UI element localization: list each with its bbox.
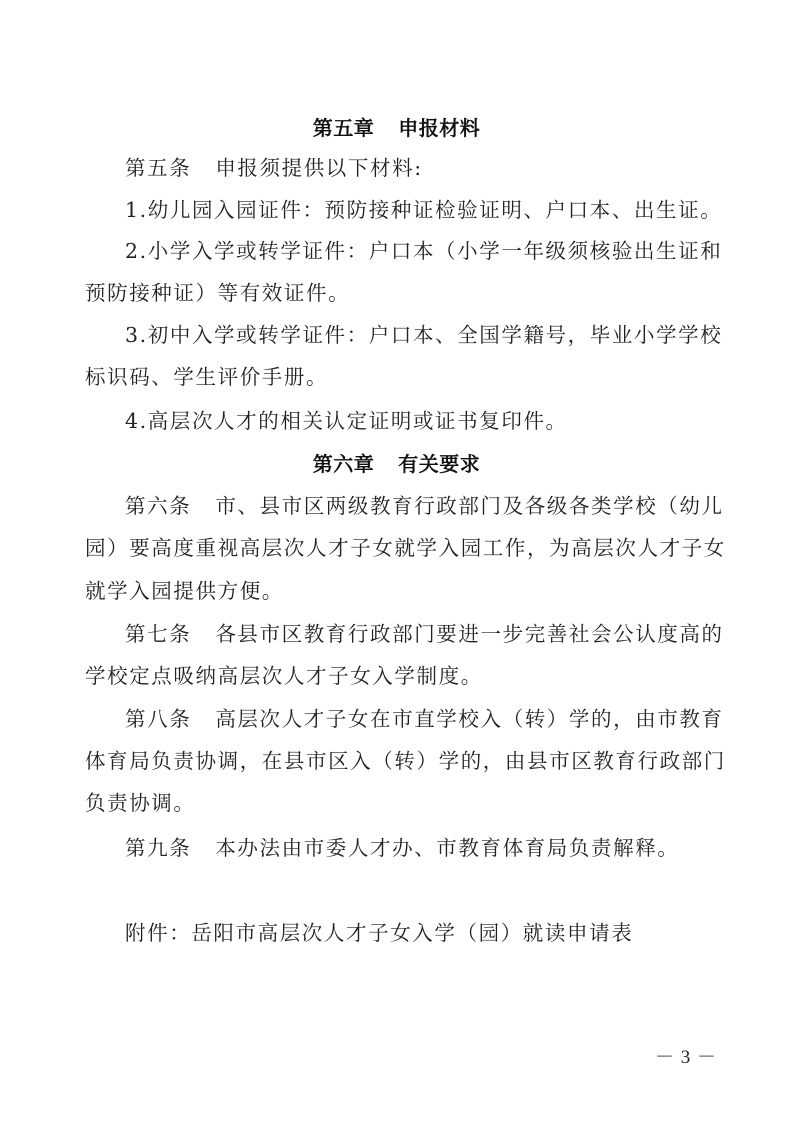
attachment-line: 附件：岳阳市高层次人才子女入学（园）就读申请表 xyxy=(125,920,713,946)
material-item-2-line-1: 2.小学入学或转学证件：户口本（小学一年级须核验出生证和 xyxy=(125,238,713,264)
article-6-line-1: 第六条市、县市区两级教育行政部门及各级各类学校（幼儿 xyxy=(125,493,713,519)
material-item-4: 4.高层次人才的相关认定证明或证书复印件。 xyxy=(125,408,713,434)
article-8-line-3: 负责协调。 xyxy=(85,790,713,816)
page-number: － 3 － xyxy=(655,1046,717,1070)
article-9-label: 第九条 xyxy=(125,836,191,860)
article-9-text: 本办法由市委人才办、市教育体育局负责解释。 xyxy=(215,836,679,860)
material-item-3-line-1: 3.初中入学或转学证件：户口本、全国学籍号，毕业小学学校 xyxy=(125,322,713,348)
chapter-6-heading: 第六章有关要求 xyxy=(0,451,793,477)
attachment-title: 岳阳市高层次人才子女入学（园）就读申请表 xyxy=(191,921,633,945)
chapter-5-number: 第五章 xyxy=(313,116,375,140)
article-8-label: 第八条 xyxy=(125,707,191,731)
article-8-line-2: 体育局负责协调，在县市区入（转）学的，由县市区教育行政部门 xyxy=(85,748,713,774)
article-6-text: 市、县市区两级教育行政部门及各级各类学校（幼儿 xyxy=(215,494,723,518)
article-7-line-2: 学校定点吸纳高层次人才子女入学制度。 xyxy=(85,663,713,689)
article-6-line-2: 园）要高度重视高层次人才子女就学入园工作，为高层次人才子女 xyxy=(85,535,713,561)
chapter-5-heading: 第五章申报材料 xyxy=(0,115,793,141)
article-5-text: 申报须提供以下材料: xyxy=(215,156,422,180)
article-7-text: 各县市区教育行政部门要进一步完善社会公认度高的 xyxy=(215,622,723,646)
article-9: 第九条本办法由市委人才办、市教育体育局负责解释。 xyxy=(125,835,713,861)
material-item-3-line-2: 标识码、学生评价手册。 xyxy=(85,364,713,390)
article-6-line-3: 就学入园提供方便。 xyxy=(85,578,713,604)
attachment-label: 附件： xyxy=(125,921,191,945)
document-page: 第五章申报材料 第五条申报须提供以下材料: 1.幼儿园入园证件：预防接种证检验证… xyxy=(0,0,793,1122)
article-6-label: 第六条 xyxy=(125,494,191,518)
material-item-2-line-2: 预防接种证）等有效证件。 xyxy=(85,280,713,306)
chapter-6-title: 有关要求 xyxy=(398,452,480,476)
article-7-line-1: 第七条各县市区教育行政部门要进一步完善社会公认度高的 xyxy=(125,621,713,647)
article-7-label: 第七条 xyxy=(125,622,191,646)
article-5: 第五条申报须提供以下材料: xyxy=(125,155,713,181)
material-item-1: 1.幼儿园入园证件：预防接种证检验证明、户口本、出生证。 xyxy=(125,197,713,223)
article-8-text: 高层次人才子女在市直学校入（转）学的，由市教育 xyxy=(215,707,723,731)
article-5-label: 第五条 xyxy=(125,156,191,180)
chapter-6-number: 第六章 xyxy=(313,452,375,476)
article-8-line-1: 第八条高层次人才子女在市直学校入（转）学的，由市教育 xyxy=(125,706,713,732)
chapter-5-title: 申报材料 xyxy=(398,116,480,140)
